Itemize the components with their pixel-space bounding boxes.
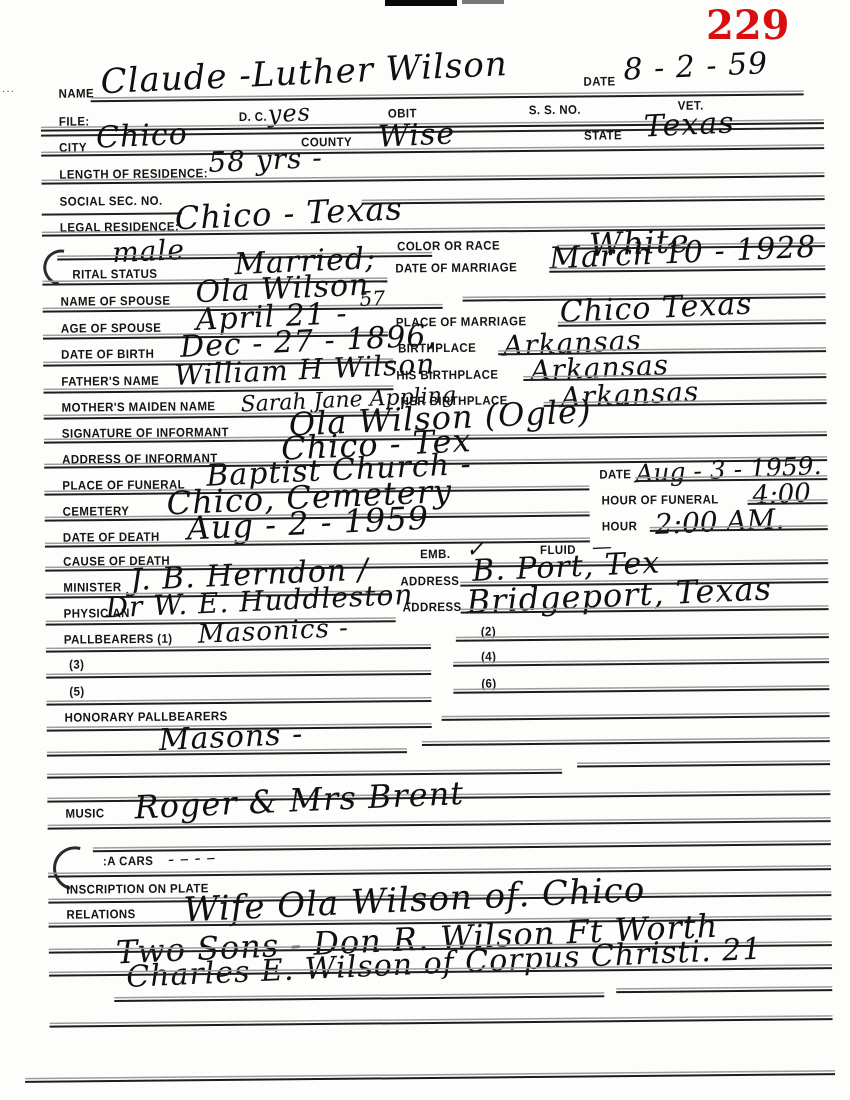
relations-label: RELATIONS [66,908,135,922]
pallbearers-1-label: PALLBEARERS (1) [64,633,173,647]
rule [25,1070,835,1083]
rule [442,712,830,721]
rule [48,865,831,878]
rule [422,737,830,746]
name-label: NAME [59,88,95,101]
rule [46,670,431,679]
rule [46,697,431,706]
state-label: STATE [584,130,622,143]
rule [42,212,182,215]
hour-value: 2:00 AM. [654,502,785,541]
emb-label: EMB. [420,548,450,561]
age-of-spouse-note: 57 [359,286,385,311]
length-of-residence-value: 58 yrs - [208,141,324,179]
physician-address-label: ADDRESS [402,601,461,615]
rule [362,195,825,204]
social-sec-no-label: SOCIAL SEC. NO. [60,195,163,209]
dc-label: D. C. [239,111,267,124]
rule [47,769,562,779]
pallbearers-3-label: (3) [69,659,84,672]
rule [50,1015,833,1028]
rule [456,633,829,642]
date-label: DATE [583,76,615,89]
rule [114,992,604,1002]
his-birthplace-label: HIS BIRTHPLACE [396,369,498,383]
form-sheet: NAME DATE Claude -Luther Wilson 8 - 2 - … [0,0,850,1100]
date-value: 8 - 2 - 59 [623,46,769,87]
music-value: Roger & Mrs Brent [134,774,465,827]
sex-value: male [111,233,185,269]
ssno-label: S. S. NO. [529,104,581,117]
rule [47,748,407,756]
rule [650,525,828,532]
hour-label: HOUR [602,520,638,533]
rule [453,658,829,667]
extra-cars-scribble: - – - – [168,847,216,870]
rule [453,685,829,694]
rule [616,986,832,993]
pallbearers-5-label: (5) [69,686,84,699]
date-of-marriage-label: DATE OF MARRIAGE [395,262,517,276]
funeral-record-scan: ··· 229 NAME DATE Claude -Luther Wilson … [0,0,850,1100]
rule [577,760,830,767]
music-label: MUSIC [65,808,104,821]
funeral-date-label: DATE [599,469,631,482]
state-value: Texas [643,105,735,144]
extra-cars-label: :A CARS [103,855,153,868]
